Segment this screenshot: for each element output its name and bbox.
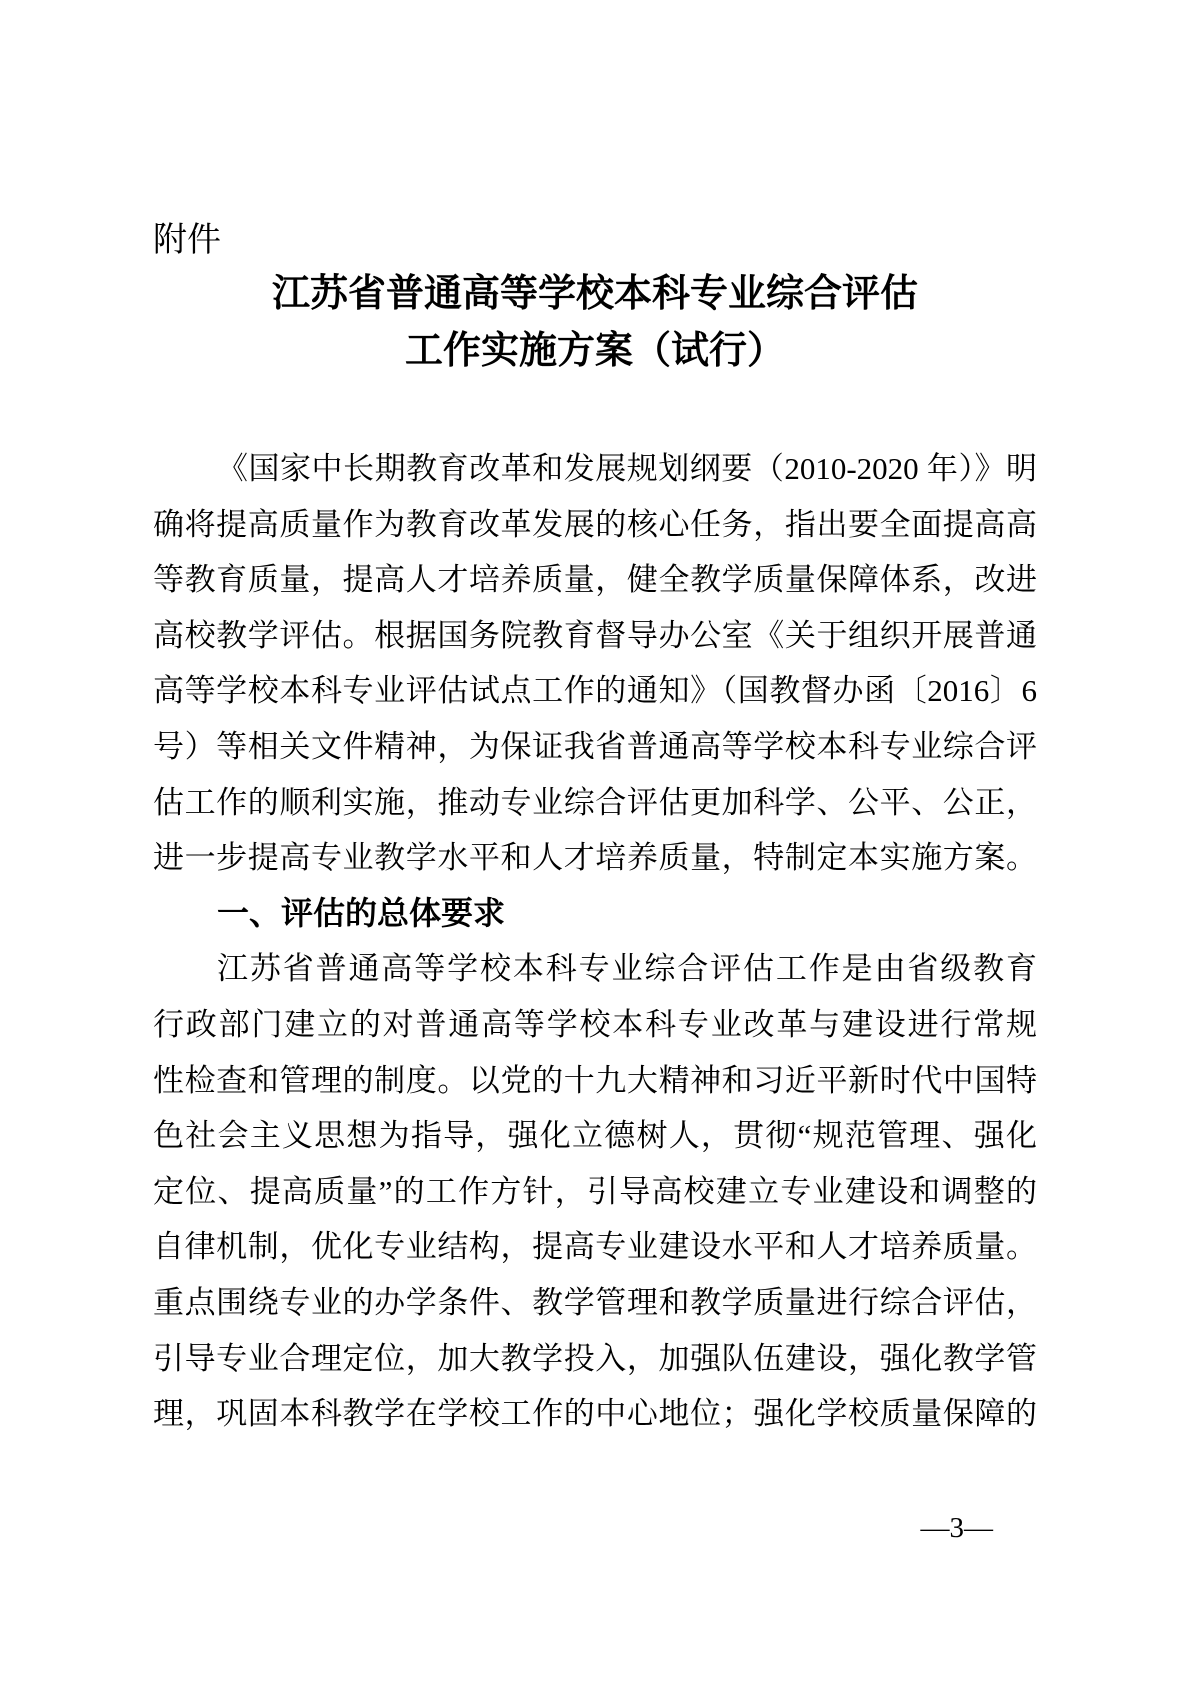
paragraph2-line: 引导专业合理定位，加大教学投入，加强队伍建设，强化教学管 [153,1331,1037,1387]
paragraph1-line: 高等学校本科专业评估试点工作的通知》（国教督办函〔2016〕6 [153,663,1037,719]
paragraph1-line: 《国家中长期教育改革和发展规划纲要（2010-2020 年）》明 [153,441,1037,497]
paragraph2-line: 重点围绕专业的办学条件、教学管理和教学质量进行综合评估， [153,1275,1037,1331]
section-heading: 一、评估的总体要求 [153,886,1037,942]
paragraph2-line: 定位、提高质量”的工作方针，引导高校建立专业建设和调整的 [153,1164,1037,1220]
paragraph2-line: 江苏省普通高等学校本科专业综合评估工作是由省级教育 [153,941,1037,997]
document-title: 江苏省普通高等学校本科专业综合评估 工作实施方案（试行） [153,266,1037,380]
attachment-label: 附件 [153,220,221,260]
paragraph2-line: 理，巩固本科教学在学校工作的中心地位；强化学校质量保障的 [153,1386,1037,1442]
paragraph1-line: 确将提高质量作为教育改革发展的核心任务，指出要全面提高高 [153,497,1037,553]
paragraph2-line: 色社会主义思想为指导，强化立德树人，贯彻“规范管理、强化 [153,1108,1037,1164]
page-number: —3— [921,1508,994,1548]
paragraph2-line: 自律机制，优化专业结构，提高专业建设水平和人才培养质量。 [153,1219,1037,1275]
document-title-line2: 工作实施方案（试行） [153,323,1037,380]
document-body: 《国家中长期教育改革和发展规划纲要（2010-2020 年）》明 确将提高质量作… [153,441,1037,1442]
paragraph2-line: 行政部门建立的对普通高等学校本科专业改革与建设进行常规 [153,997,1037,1053]
document-page: 附件 江苏省普通高等学校本科专业综合评估 工作实施方案（试行） 《国家中长期教育… [0,0,1190,1684]
paragraph1-line: 估工作的顺利实施，推动专业综合评估更加科学、公平、公正， [153,775,1037,831]
paragraph1-line: 高校教学评估。根据国务院教育督导办公室《关于组织开展普通 [153,608,1037,664]
paragraph1-line: 等教育质量，提高人才培养质量，健全教学质量保障体系，改进 [153,552,1037,608]
paragraph1-line: 进一步提高专业教学水平和人才培养质量，特制定本实施方案。 [153,830,1037,886]
paragraph1-line: 号）等相关文件精神，为保证我省普通高等学校本科专业综合评 [153,719,1037,775]
paragraph2-line: 性检查和管理的制度。以党的十九大精神和习近平新时代中国特 [153,1053,1037,1109]
document-title-line1: 江苏省普通高等学校本科专业综合评估 [153,266,1037,323]
